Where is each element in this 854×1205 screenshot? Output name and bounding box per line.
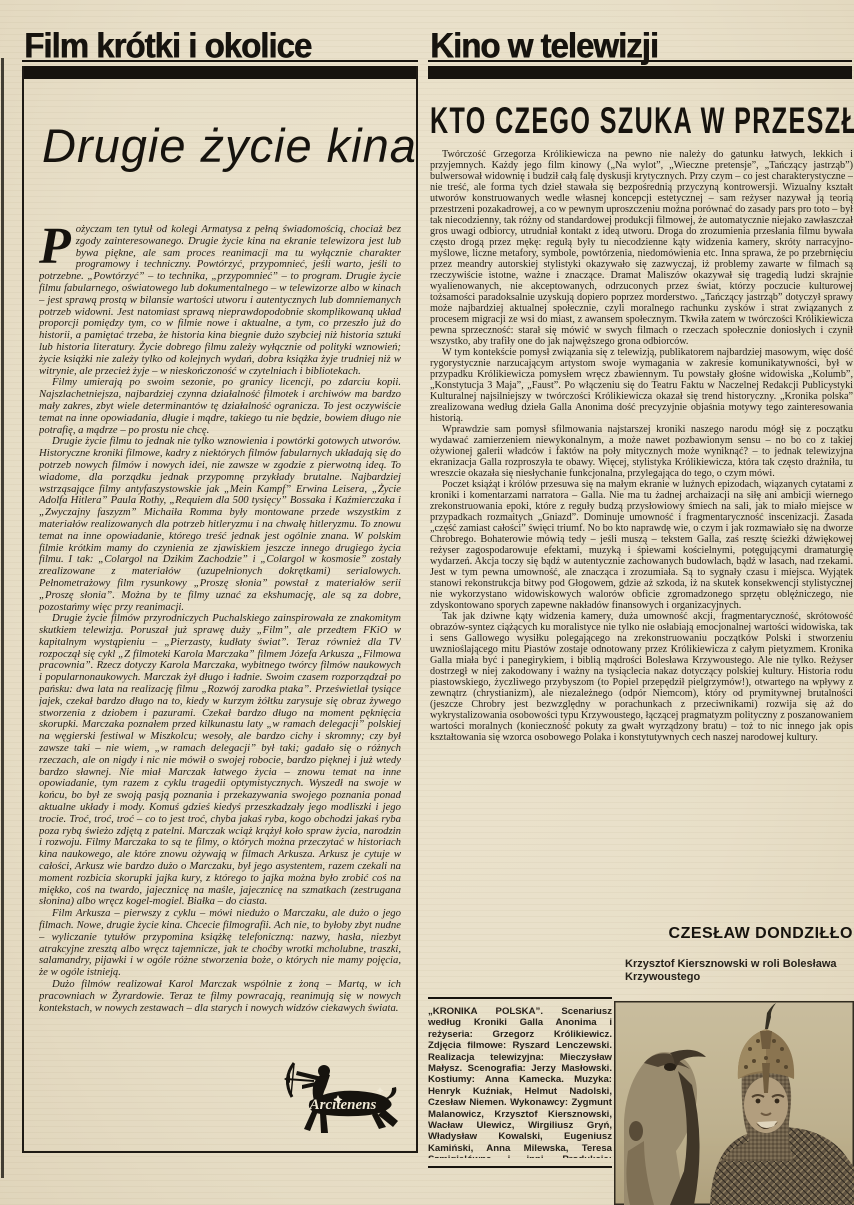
paragraph: W tym kontekście pomysł związania się z … bbox=[430, 347, 853, 424]
paragraph: Film Arkusza – pierwszy z cyklu – mówi n… bbox=[39, 908, 401, 979]
film-credits: „KRONIKA POLSKA”. Scenariusz według Kron… bbox=[428, 1006, 612, 1158]
right-thick-bar bbox=[428, 66, 852, 79]
paragraph: Wprawdzie sam pomysł sfilmowania najstar… bbox=[430, 424, 853, 479]
credits-rule-top bbox=[428, 997, 612, 999]
magazine-page: Film krótki i okolice Drugie życie kina … bbox=[0, 0, 854, 1205]
paragraph: Filmy umierają po swoim sezonie, po gran… bbox=[39, 377, 401, 436]
paragraph: Drugie życie filmów przyrodniczych Pucha… bbox=[39, 613, 401, 908]
paragraph: Tak jak dziwne kąty widzenia kamery, duż… bbox=[430, 611, 853, 743]
paragraph: Dużo filmów realizował Karol Marczak wsp… bbox=[39, 979, 401, 1014]
paragraph: Poczet książąt i królów przesuwa się na … bbox=[430, 479, 853, 611]
credits-rule-bottom bbox=[428, 1166, 612, 1168]
photo-caption: Krzysztof Kiersznowski w roli Bolesława … bbox=[625, 958, 853, 984]
svg-text:Arcitenens: Arcitenens bbox=[309, 1097, 377, 1113]
knight-and-horse-image bbox=[614, 1001, 854, 1205]
left-article-body: Pożyczam ten tytuł od kolegi Armatysa z … bbox=[39, 224, 401, 1096]
author-byline: CZESŁAW DONDZIŁŁO bbox=[430, 925, 853, 943]
film-still-photo bbox=[614, 1001, 854, 1205]
paragraph: Pożyczam ten tytuł od kolegi Armatysa z … bbox=[39, 224, 401, 377]
centaur-archer-icon: Arcitenens bbox=[280, 1061, 402, 1145]
paragraph: Twórczość Grzegorza Królikiewicza na pew… bbox=[430, 149, 853, 347]
dropcap-letter: P bbox=[39, 224, 76, 268]
arcitenens-logo: Arcitenens bbox=[280, 1061, 402, 1145]
scan-edge-line bbox=[1, 58, 4, 1178]
right-article-title: KTO CZEGO SZUKA W PRZESZŁOŚCI bbox=[430, 100, 854, 143]
left-article-title: Drugie życie kina bbox=[42, 118, 402, 173]
left-article-box: Drugie życie kina Pożyczam ten tytuł od … bbox=[22, 66, 418, 1153]
right-thin-rule bbox=[428, 60, 852, 62]
right-article-body: Twórczość Grzegorza Królikiewicza na pew… bbox=[430, 149, 853, 919]
paragraph: Drugie życie filmu to jednak nie tylko w… bbox=[39, 436, 401, 613]
paragraph-text: ożyczam ten tytuł od kolegi Armatysa z p… bbox=[39, 224, 401, 377]
left-thin-rule bbox=[22, 60, 418, 62]
